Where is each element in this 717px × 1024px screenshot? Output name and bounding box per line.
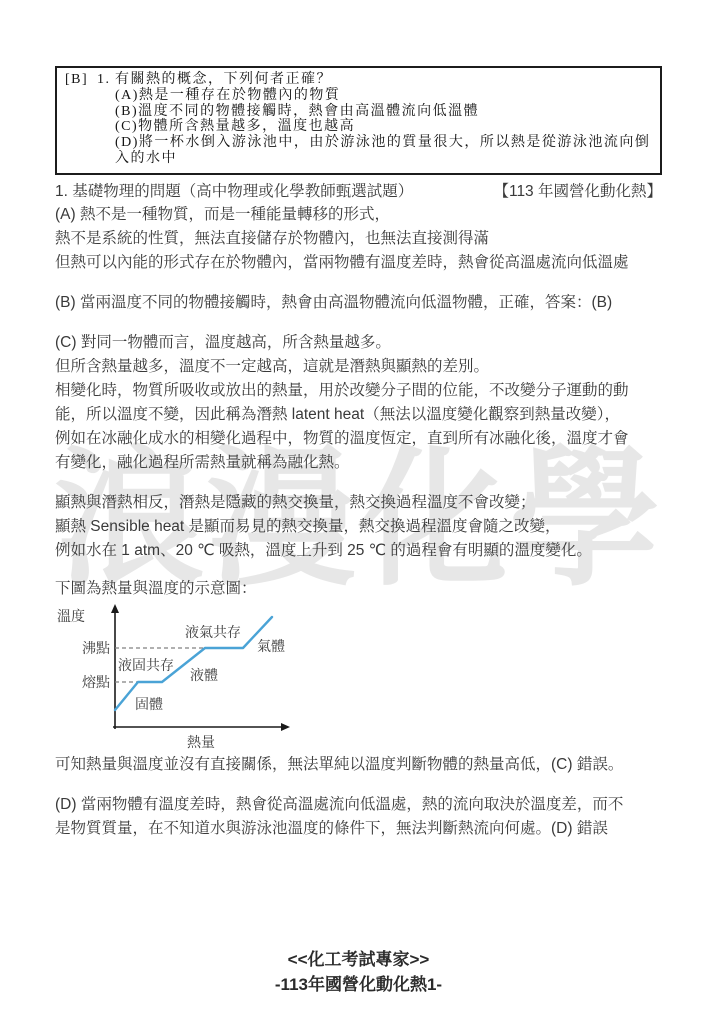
text-line-a1: (A) 熱不是一種物質，而是一種能量轉移的形式， xyxy=(55,203,662,227)
option-c: (C)物體所含熱量越多，溫度也越高 xyxy=(65,119,652,135)
text-line-c3: 相變化時，物質所吸收或放出的熱量，用於改變分子間的位能，不改變分子運動的動 xyxy=(55,379,662,403)
text-line-s3: 例如水在 1 atm、20 ℃ 吸熱，溫度上升到 25 ℃ 的過程會有明顯的溫度… xyxy=(55,539,662,563)
answer-tag: [B] xyxy=(65,72,97,88)
question-stem-line: [B] 1. 有關熱的概念，下列何者正確？ xyxy=(65,72,652,88)
text-line-c5: 例如在冰融化成水的相變化過程中，物質的溫度恆定，直到所有冰融化後，溫度才會 xyxy=(55,427,662,451)
text-line-s2: 顯熱 Sensible heat 是顯而易見的熱交換量，熱交換過程溫度會隨之改變… xyxy=(55,515,662,539)
text-line-a2: 熱不是系統的性質，無法直接儲存於物體內，也無法直接測得滿 xyxy=(55,227,662,251)
text-line-d2: 是物質質量，在不知道水與游泳池溫度的條件下，無法判斷熱流向何處。(D) 錯誤 xyxy=(55,817,662,841)
option-d: (D)將一杯水倒入游泳池中，由於游泳池的質量很大，所以熱是從游泳池流向倒入的水中 xyxy=(65,135,652,167)
heading-source-tag: 【113 年國營化動化熱】 xyxy=(493,181,662,203)
chart-svg: 溫度 沸點 熔點 液固共存 液體 液氣共存 氣體 固體 熱量 xyxy=(55,603,305,753)
gas-phase-label: 氣體 xyxy=(257,638,285,654)
question-box: [B] 1. 有關熱的概念，下列何者正確？ (A)熱是一種存在於物體內的物質 (… xyxy=(55,66,662,175)
text-line-a3: 但熱可以內能的形式存在於物體內，當兩物體有溫度差時，熱會從高溫處流向低溫處 xyxy=(55,251,662,275)
solid-phase-label: 固體 xyxy=(135,696,163,712)
footer-brand: <<化工考試專家>> xyxy=(0,947,717,972)
x-axis-arrow-icon xyxy=(281,723,290,731)
text-line-c4: 能，所以溫度不變，因此稱為潛熱 latent heat（無法以溫度變化觀察到熱量… xyxy=(55,403,662,427)
question-number: 1. xyxy=(97,72,115,88)
text-line-d1: (D) 當兩物體有溫度差時，熱會從高溫處流向低溫處，熱的流向取決於溫度差，而不 xyxy=(55,793,662,817)
liquid-phase-label: 液體 xyxy=(190,667,218,683)
page-content: [B] 1. 有關熱的概念，下列何者正確？ (A)熱是一種存在於物體內的物質 (… xyxy=(0,0,717,841)
text-line-c6: 有變化，融化過程所需熱量就稱為融化熱。 xyxy=(55,451,662,475)
text-line-b1: (B) 當兩溫度不同的物體接觸時，熱會由高溫物體流向低溫物體，正確，答案：(B) xyxy=(55,291,662,315)
liquid-gas-phase-label: 液氣共存 xyxy=(185,624,241,640)
question-stem: 有關熱的概念，下列何者正確？ xyxy=(115,72,332,88)
text-line-s1: 顯熱與潛熱相反，潛熱是隱藏的熱交換量，熱交換過程溫度不會改變； xyxy=(55,491,662,515)
heading-title: 1. 基礎物理的問題（高中物理或化學教師甄選試題） xyxy=(55,181,413,203)
option-a: (A)熱是一種存在於物體內的物質 xyxy=(65,88,652,104)
chart-conclusion-line: 可知熱量與溫度並沒有直接關係，無法單純以溫度判斷物體的熱量高低，(C) 錯誤。 xyxy=(55,753,662,777)
heat-temperature-chart: 溫度 沸點 熔點 液固共存 液體 液氣共存 氣體 固體 熱量 xyxy=(55,603,662,753)
chart-intro-line: 下圖為熱量與溫度的示意圖： xyxy=(55,577,662,601)
y-axis-label: 溫度 xyxy=(57,608,85,624)
solid-liquid-phase-label: 液固共存 xyxy=(118,657,174,673)
boiling-point-tick-label: 沸點 xyxy=(82,640,110,656)
text-line-c1: (C) 對同一物體而言，溫度越高，所含熱量越多。 xyxy=(55,331,662,355)
option-b: (B)溫度不同的物體接觸時，熱會由高溫體流向低溫體 xyxy=(65,104,652,120)
y-axis-arrow-icon xyxy=(111,604,119,613)
x-axis-label: 熱量 xyxy=(187,734,215,750)
section-heading: 1. 基礎物理的問題（高中物理或化學教師甄選試題） 【113 年國營化動化熱】 xyxy=(55,181,662,203)
document-page: 浪漫化學 [B] 1. 有關熱的概念，下列何者正確？ (A)熱是一種存在於物體內… xyxy=(0,0,717,1024)
footer-page-label: -113年國營化動化熱1- xyxy=(0,972,717,997)
page-footer: <<化工考試專家>> -113年國營化動化熱1- xyxy=(0,947,717,997)
melting-point-tick-label: 熔點 xyxy=(82,674,110,690)
text-line-c2: 但所含熱量越多，溫度不一定越高，這就是潛熱與顯熱的差別。 xyxy=(55,355,662,379)
